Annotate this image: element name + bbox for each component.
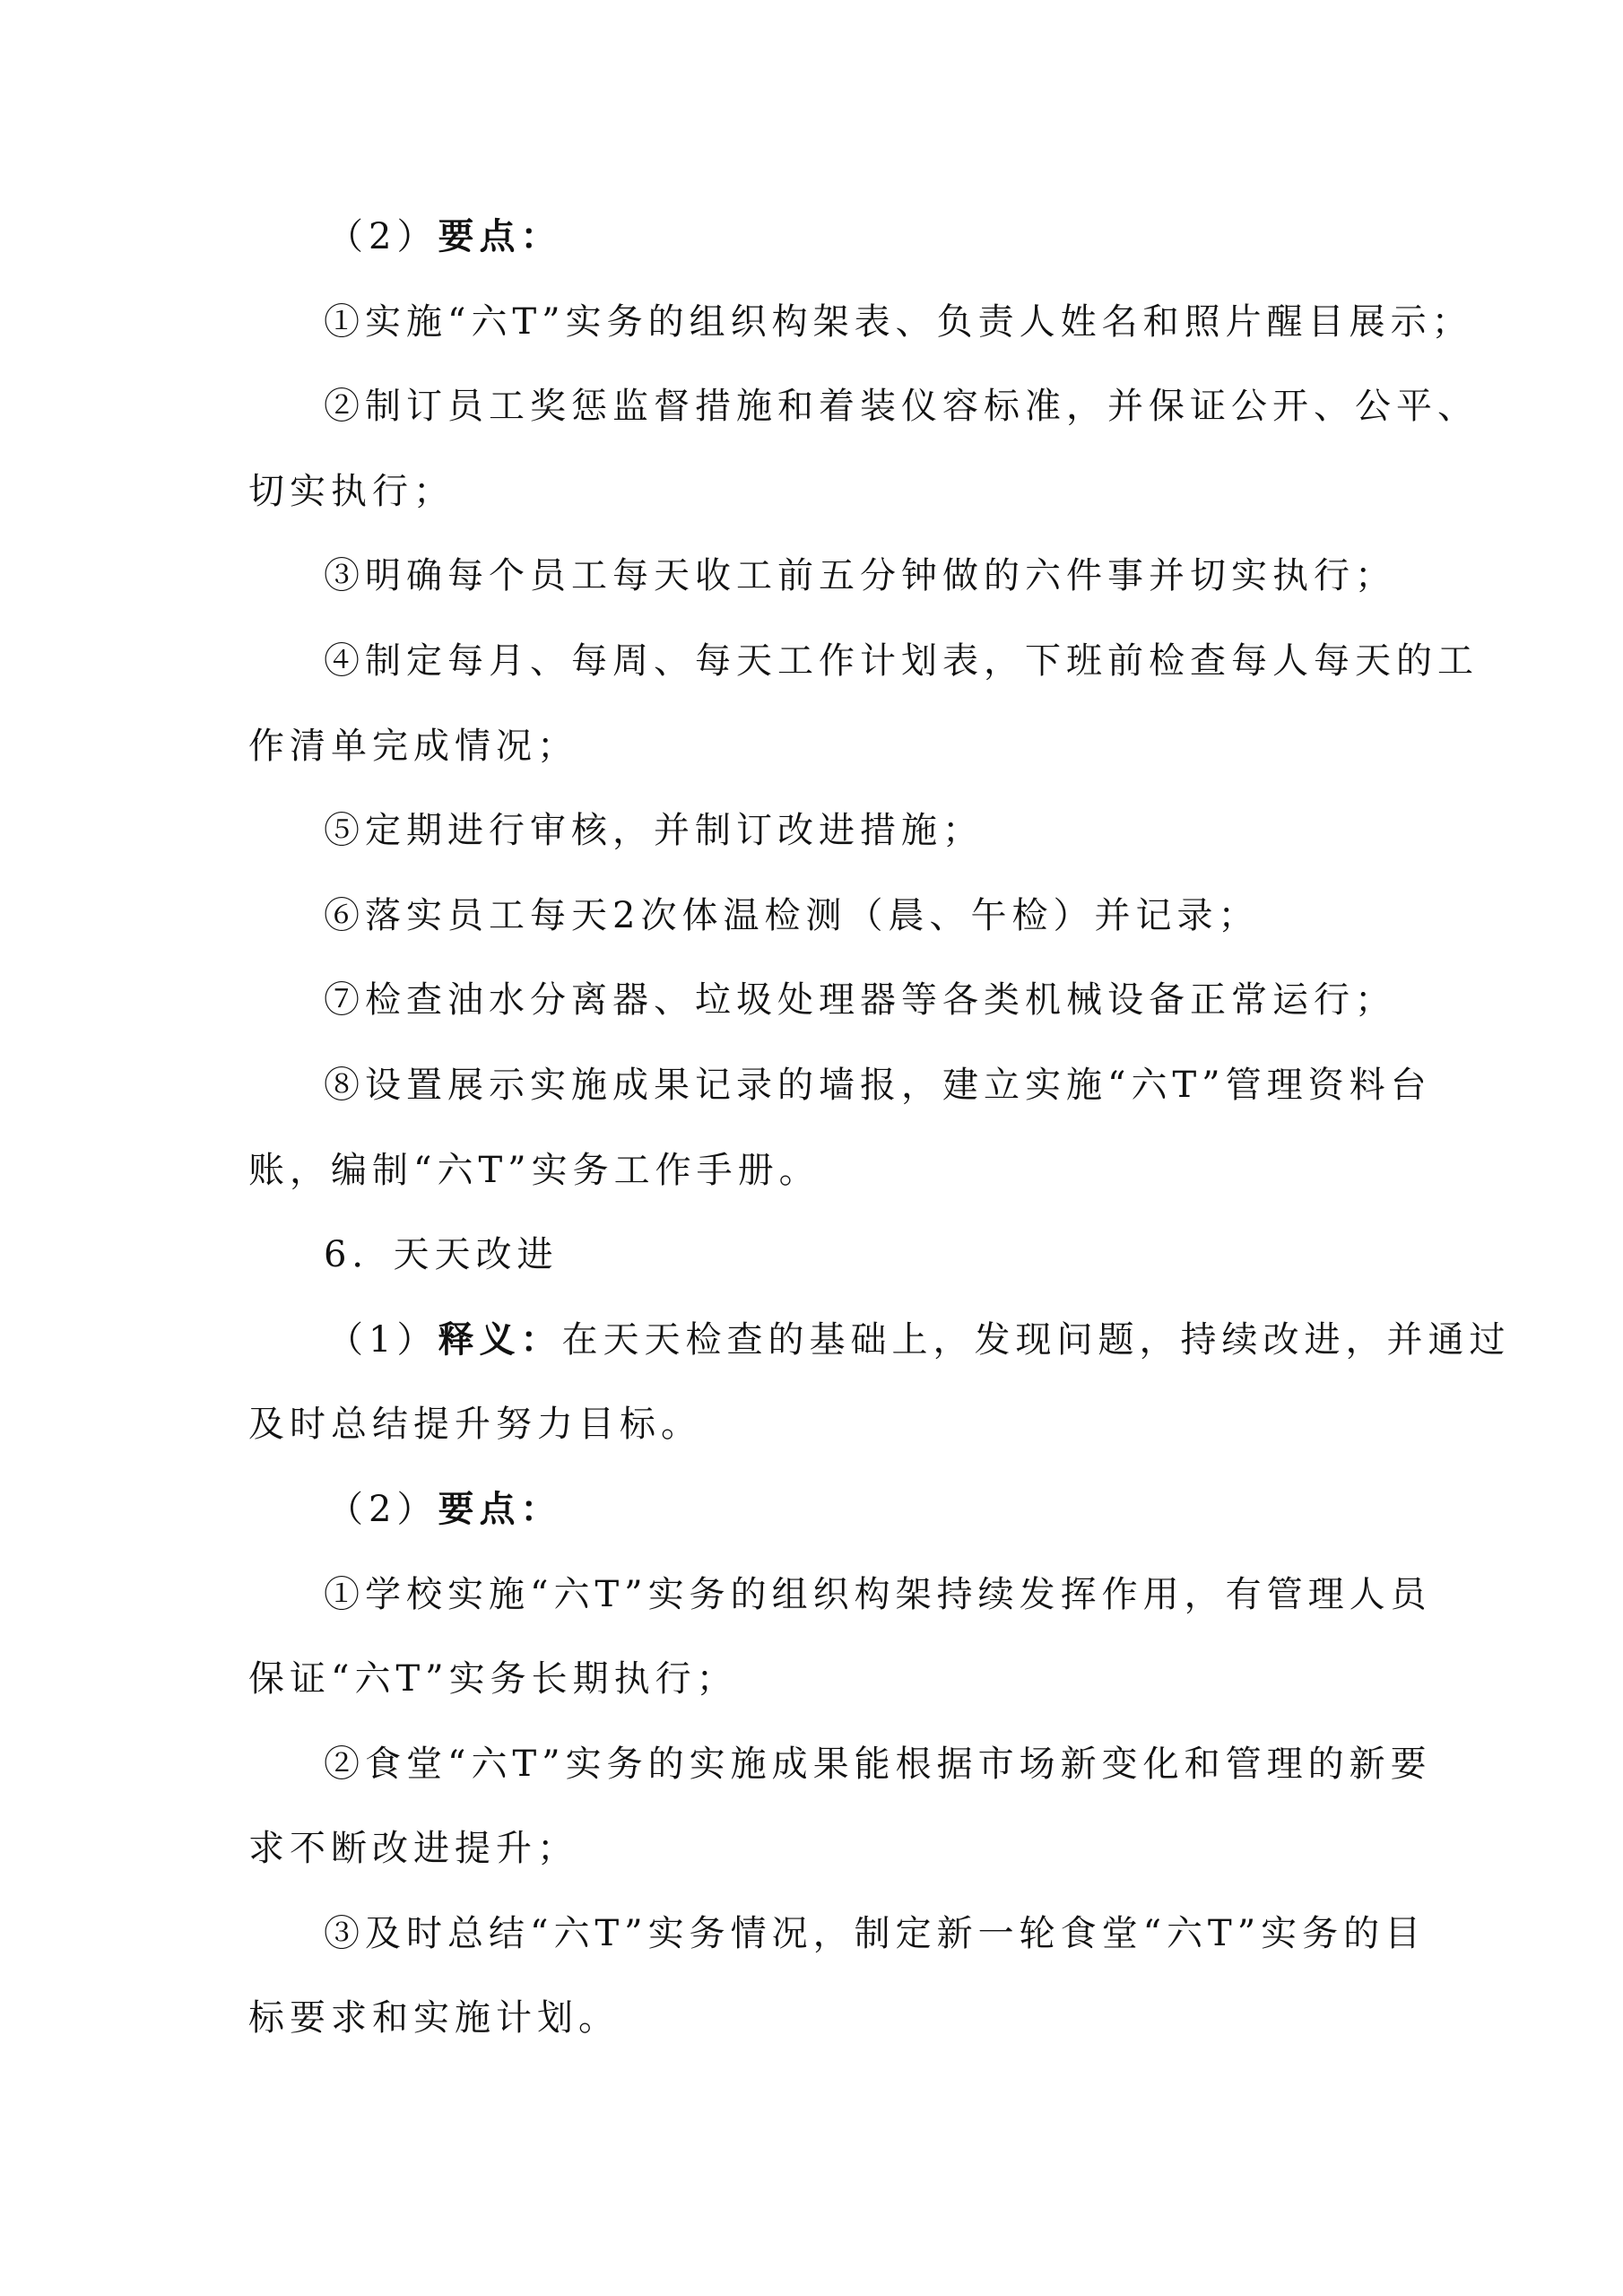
label-text: 释义： <box>438 1318 561 1361</box>
definition-line-2: 及时总结提升努力目标。 <box>248 1392 1385 1477</box>
label-text: 要点： <box>438 1488 561 1530</box>
s6-point-2-line-1: ②食堂“六T”实务的实施成果能根据市场新变化和管理的新要 <box>248 1732 1385 1817</box>
label-text: 要点： <box>438 215 561 257</box>
point-4-line-2: 作清单完成情况； <box>248 714 1385 799</box>
points-label-2: （2）要点： <box>248 1477 1385 1562</box>
definition-line-1: （1）释义：在天天检查的基础上，发现问题，持续改进，并通过 <box>248 1308 1385 1393</box>
points-label: （2）要点： <box>248 204 1385 290</box>
s6-point-1-line-2: 保证“六T”实务长期执行； <box>248 1647 1385 1732</box>
section-6-heading: 6．天天改进 <box>248 1222 1385 1308</box>
point-3: ③明确每个员工每天收工前五分钟做的六件事并切实执行； <box>248 544 1385 629</box>
point-4-line-1: ④制定每月、每周、每天工作计划表，下班前检查每人每天的工 <box>248 629 1385 714</box>
s6-point-1-line-1: ①学校实施“六T”实务的组织构架持续发挥作用，有管理人员 <box>248 1562 1385 1648</box>
point-8-line-2: 账，编制“六T”实务工作手册。 <box>248 1138 1385 1223</box>
s6-point-3-line-1: ③及时总结“六T”实务情况，制定新一轮食堂“六T”实务的目 <box>248 1901 1385 1987</box>
document-page: （2）要点： ①实施“六T”实务的组织构架表、负责人姓名和照片醒目展示； ②制订… <box>248 204 1385 2071</box>
point-8-line-1: ⑧设置展示实施成果记录的墙报，建立实施“六T”管理资料台 <box>248 1053 1385 1138</box>
s6-point-2-line-2: 求不断改进提升； <box>248 1816 1385 1901</box>
label-number: （2） <box>327 216 438 257</box>
point-2-line-1: ②制订员工奖惩监督措施和着装仪容标准，并保证公开、公平、 <box>248 374 1385 459</box>
point-2-line-2: 切实执行； <box>248 459 1385 544</box>
point-5: ⑤定期进行审核，并制订改进措施； <box>248 798 1385 883</box>
point-1: ①实施“六T”实务的组织构架表、负责人姓名和照片醒目展示； <box>248 290 1385 375</box>
label-number: （2） <box>327 1489 438 1530</box>
definition-text: 在天天检查的基础上，发现问题，持续改进，并通过 <box>561 1319 1510 1361</box>
s6-point-3-line-2: 标要求和实施计划。 <box>248 1986 1385 2071</box>
label-number: （1） <box>327 1319 438 1361</box>
point-6: ⑥落实员工每天2次体温检测（晨、午检）并记录； <box>248 883 1385 969</box>
point-7: ⑦检查油水分离器、垃圾处理器等各类机械设备正常运行； <box>248 968 1385 1053</box>
